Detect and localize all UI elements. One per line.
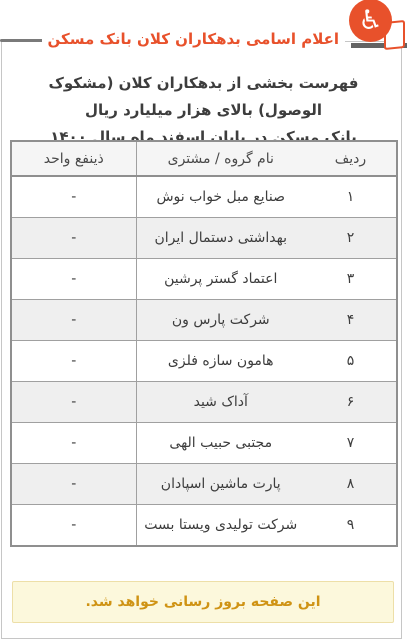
table-row: ۵ هامون سازه فلزی - bbox=[11, 341, 397, 382]
table-row: ۸ پارت ماشین اسپادان - bbox=[11, 464, 397, 505]
table-body: ۱ صنایع مبل خواب نوش - ۲ بهداشتی دستمال … bbox=[11, 176, 397, 546]
debtors-table: ردیف نام گروه / مشتری ذینفع واحد ۱ صنایع… bbox=[10, 140, 398, 547]
wheelchair-accessibility-icon: ♿ bbox=[349, 0, 392, 42]
row-number-cell: ۹ bbox=[305, 505, 397, 547]
update-notice-banner: این صفحه بروز رسانی خواهد شد. bbox=[12, 581, 394, 623]
row-number-cell: ۱ bbox=[305, 176, 397, 218]
beneficiary-cell: - bbox=[11, 176, 136, 218]
beneficiary-cell: - bbox=[11, 423, 136, 464]
table-header-row: ردیف نام گروه / مشتری ذینفع واحد bbox=[11, 141, 397, 176]
row-number-cell: ۵ bbox=[305, 341, 397, 382]
group-name-cell: بهداشتی دستمال ایران bbox=[136, 218, 305, 259]
beneficiary-cell: - bbox=[11, 300, 136, 341]
group-name-cell: شرکت پارس ون bbox=[136, 300, 305, 341]
column-header-group-name: نام گروه / مشتری bbox=[136, 141, 305, 176]
table-row: ۹ شرکت تولیدی ویستا بست - bbox=[11, 505, 397, 547]
beneficiary-cell: - bbox=[11, 341, 136, 382]
update-notice-text: این صفحه بروز رسانی خواهد شد. bbox=[85, 594, 320, 610]
table-row: ۴ شرکت پارس ون - bbox=[11, 300, 397, 341]
beneficiary-cell: - bbox=[11, 382, 136, 423]
group-name-cell: آداک شید bbox=[136, 382, 305, 423]
table-row: ۶ آداک شید - bbox=[11, 382, 397, 423]
table-row: ۲ بهداشتی دستمال ایران - bbox=[11, 218, 397, 259]
row-number-cell: ۲ bbox=[305, 218, 397, 259]
row-number-cell: ۶ bbox=[305, 382, 397, 423]
row-number-cell: ۳ bbox=[305, 259, 397, 300]
group-name-cell: هامون سازه فلزی bbox=[136, 341, 305, 382]
beneficiary-cell: - bbox=[11, 259, 136, 300]
group-name-cell: شرکت تولیدی ویستا بست bbox=[136, 505, 305, 547]
beneficiary-cell: - bbox=[11, 464, 136, 505]
group-name-cell: اعتماد گستر پرشین bbox=[136, 259, 305, 300]
group-name-cell: صنایع مبل خواب نوش bbox=[136, 176, 305, 218]
table-row: ۱ صنایع مبل خواب نوش - bbox=[11, 176, 397, 218]
screenshot-root: اعلام اسامی بدهکاران کلان بانک مسکن ♿ فه… bbox=[0, 0, 407, 640]
group-name-cell: مجتبی حبیب الهی bbox=[136, 423, 305, 464]
page-title: اعلام اسامی بدهکاران کلان بانک مسکن bbox=[42, 28, 345, 50]
table-row: ۷ مجتبی حبیب الهی - bbox=[11, 423, 397, 464]
beneficiary-cell: - bbox=[11, 505, 136, 547]
news-agency-logo: ♿ bbox=[341, 0, 407, 50]
column-header-row-number: ردیف bbox=[305, 141, 397, 176]
row-number-cell: ۷ bbox=[305, 423, 397, 464]
caption-line-1: فهرست بخشی از بدهکاران کلان (مشکوک الوصو… bbox=[14, 70, 393, 124]
table-row: ۳ اعتماد گستر پرشین - bbox=[11, 259, 397, 300]
group-name-cell: پارت ماشین اسپادان bbox=[136, 464, 305, 505]
row-number-cell: ۴ bbox=[305, 300, 397, 341]
table-caption: فهرست بخشی از بدهکاران کلان (مشکوک الوصو… bbox=[14, 70, 393, 151]
row-number-cell: ۸ bbox=[305, 464, 397, 505]
column-header-beneficiary: ذینفع واحد bbox=[11, 141, 136, 176]
beneficiary-cell: - bbox=[11, 218, 136, 259]
